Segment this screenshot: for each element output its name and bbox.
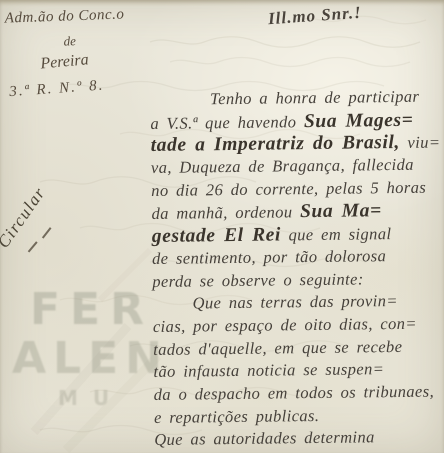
archival-reference-note: Adm.ão do Conc.o de Pereira 3.ª R. N.º 8… bbox=[5, 5, 158, 98]
manuscript-letter-page: FER ALEN MU Adm.ão do Conc.o de Pereira … bbox=[0, 0, 444, 453]
emphasis-sua-magestade: Sua Mages= bbox=[304, 109, 414, 131]
letter-body: Tenho a honra de participar a V.S.ª que … bbox=[150, 86, 444, 453]
emphasis-el-rei: gestade El Rei bbox=[152, 225, 281, 248]
reference-place: Pereira bbox=[40, 45, 157, 73]
body-line-16: Que as autoridades determina bbox=[154, 427, 444, 453]
emphasis-sua-magestade-el-rei: Sua Ma= bbox=[300, 201, 382, 223]
emphasis-imperatriz-do-brasil: tade a Imperatriz do Brasil, bbox=[151, 132, 401, 156]
